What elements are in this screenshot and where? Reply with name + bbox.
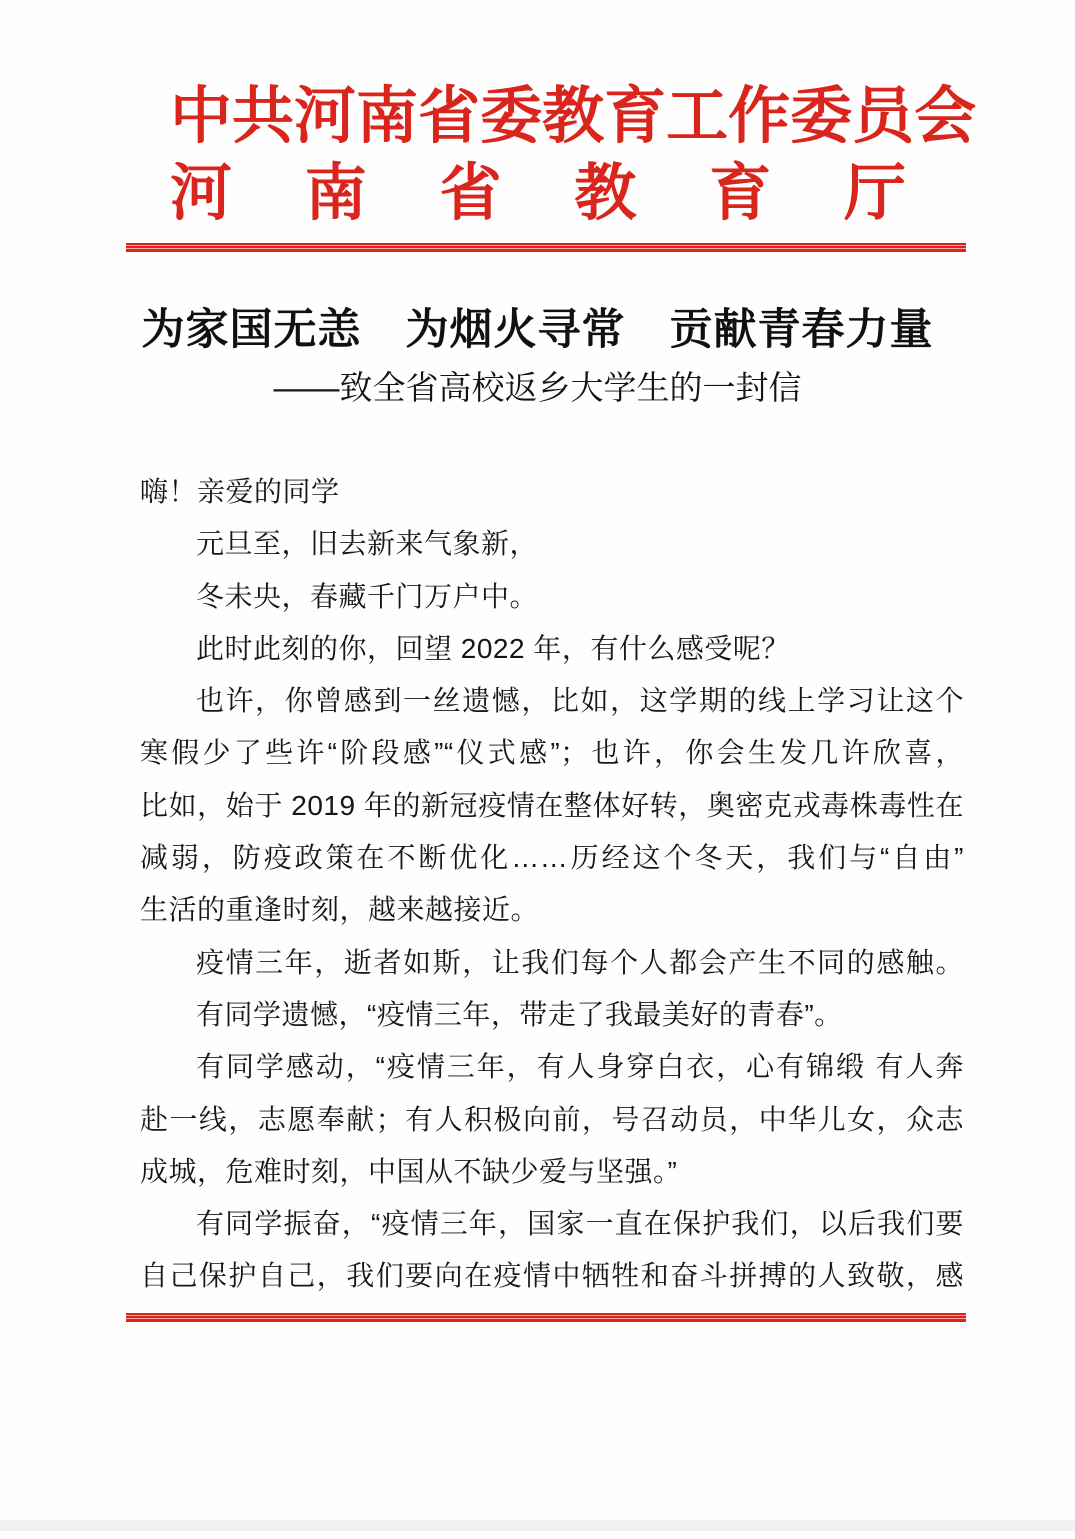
body-line: 比如，始于 2019 年的新冠疫情在整体好转，奥密克戎毒株毒性在 xyxy=(140,780,964,832)
body-line: 有同学振奋，“疫情三年，国家一直在保护我们，以后我们要 xyxy=(140,1198,964,1250)
letterhead-org-line2: 河南省教育厅 xyxy=(170,161,906,227)
letter-body: 嗨！亲爱的同学元旦至，旧去新来气象新，冬未央，春藏千门万户中。此时此刻的你，回望… xyxy=(140,466,964,1303)
body-line: 此时此刻的你，回望 2022 年，有什么感受呢？ xyxy=(140,623,964,675)
letterhead-char: 教 xyxy=(542,84,604,150)
body-line: 成城，危难时刻，中国从不缺少爱与坚强。” xyxy=(140,1146,964,1198)
letterhead-char: 南 xyxy=(305,161,367,227)
body-line: 冬未央，春藏千门万户中。 xyxy=(140,571,964,623)
letterhead-char: 中 xyxy=(170,84,232,150)
body-line: 嗨！亲爱的同学 xyxy=(140,466,964,518)
letterhead-char: 共 xyxy=(232,84,294,150)
letterhead-char: 育 xyxy=(604,84,666,150)
page-footer-rule xyxy=(126,1313,966,1322)
letterhead-char: 育 xyxy=(709,161,771,227)
letterhead-char: 河 xyxy=(294,84,356,150)
body-line: 元旦至，旧去新来气象新， xyxy=(140,518,964,570)
body-line: 生活的重逢时刻，越来越接近。 xyxy=(140,884,964,936)
letterhead-char: 省 xyxy=(440,161,502,227)
body-line: 有同学遗憾，“疫情三年，带走了我最美好的青春”。 xyxy=(140,989,964,1041)
letterhead-divider-rule xyxy=(126,243,966,252)
letterhead-char: 委 xyxy=(790,84,852,150)
letter-title: 为家国无恙 为烟火寻常 贡献青春力量 xyxy=(0,306,1075,354)
body-line: 疫情三年，逝者如斯，让我们每个人都会产生不同的感触。 xyxy=(140,937,964,989)
letterhead-char: 员 xyxy=(852,84,914,150)
letterhead-char: 会 xyxy=(914,84,976,150)
letterhead-char: 工 xyxy=(666,84,728,150)
letterhead-char: 南 xyxy=(356,84,418,150)
letterhead-org-line1: 中共河南省委教育工作委员会 xyxy=(170,84,906,150)
letterhead-char: 厅 xyxy=(844,161,906,227)
letter-subtitle: ——致全省高校返乡大学生的一封信 xyxy=(0,368,1075,408)
letterhead-char: 作 xyxy=(728,84,790,150)
letterhead-char: 教 xyxy=(574,161,636,227)
body-line: 减弱，防疫政策在不断优化……历经这个冬天，我们与“自由” xyxy=(140,832,964,884)
letterhead-char: 省 xyxy=(418,84,480,150)
page-gap-band xyxy=(0,1520,1075,1531)
body-line: 有同学感动，“疫情三年，有人身穿白衣，心有锦缎 有人奔 xyxy=(140,1041,964,1093)
letterhead-char: 河 xyxy=(170,161,232,227)
letterhead-char: 委 xyxy=(480,84,542,150)
body-line: 自己保护自己，我们要向在疫情中牺牲和奋斗拼搏的人致敬，感 xyxy=(140,1250,964,1302)
body-line: 也许，你曾感到一丝遗憾，比如，这学期的线上学习让这个 xyxy=(140,675,964,727)
document-page: 中共河南省委教育工作委员会 河南省教育厅 为家国无恙 为烟火寻常 贡献青春力量 … xyxy=(0,0,1075,1539)
body-line: 赴一线，志愿奉献；有人积极向前，号召动员，中华儿女，众志 xyxy=(140,1094,964,1146)
body-line: 寒假少了些许“阶段感”“仪式感”；也许，你会生发几许欣喜， xyxy=(140,727,964,779)
